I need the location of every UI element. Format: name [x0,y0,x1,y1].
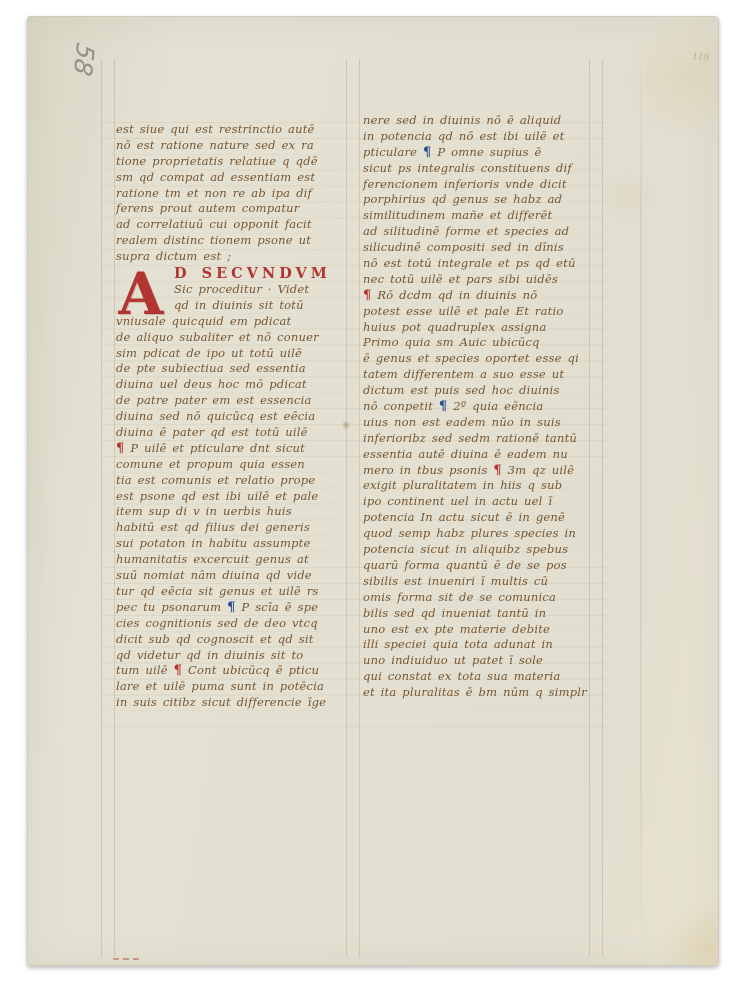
line-text: nere sed in diuinis nō ē aliquid [363,113,561,127]
line-text: potencia In actu sicut ē in genē [363,510,565,524]
text-line: uno indiuiduo ut patet ī sole [363,653,599,669]
line-text: Cont ubicūcq ē pticu [182,663,319,677]
text-line: mero in tbus psonis ¶ 3m qz uilē [363,463,599,479]
line-text: suū nomiat nām diuina qd vide [116,568,312,582]
text-line: item sup di v in uerbis huis [116,504,352,520]
line-text: bilis sed qd inueniat tantū in [363,606,546,620]
line-text: est psone qd est ibi uilē et pale [116,489,318,503]
text-line: tia est comunis et relatio prope [116,473,352,489]
line-text: P uilē et pticulare dnt sicut [124,441,304,455]
line-text: essentia autē diuina ē eadem nu [363,447,568,461]
text-line: ¶ P uilē et pticulare dnt sicut [116,441,352,457]
line-text: et ita pluralitas ē bm nūm q simplr [363,685,587,699]
line-text: comune et propum quia essen [116,457,305,471]
line-text: realem distinc tionem psone ut [116,233,311,247]
manuscript-leaf: 58 119 A est siue qui est restrinctio au… [27,16,719,966]
line-text: nec totū uilē et pars sibi uidēs [363,272,558,286]
line-text: sim pdicat de ipo ut totū uilē [116,346,302,360]
text-line: tur qd eēcia sit genus et uilē rs [116,584,352,600]
line-text: nō conpetit [363,399,439,413]
text-line: tatem differentem a suo esse ut [363,367,599,383]
rubric-text: D SECVNDVM [174,265,331,282]
line-text: ferens prout autem compatur [116,201,299,215]
line-text: vniusale quicquid em pdicat [116,314,291,328]
red-pilcrow-icon: ¶ [174,663,182,678]
text-line: Sic proceditur · Videt [116,282,352,298]
text-line: tione proprietatis relatiue q qdē [116,154,352,170]
line-text: de patre pater em est essencia [116,393,312,407]
line-text: sibilis est inueniri ī multis cū [363,574,548,588]
folio-number: 119 [692,52,710,63]
line-text: item sup di v in uerbis huis [116,504,292,518]
text-line: qd in diuinis sit totū [116,298,352,314]
text-line: huius pot quadruplex assigna [363,320,599,336]
text-line: potencia In actu sicut ē in genē [363,510,599,526]
photo-background: 58 119 A est siue qui est restrinctio au… [0,0,753,1000]
line-text: qui constat ex tota sua materia [363,669,560,683]
line-text: lare et uilē puma sunt in potēcia [116,679,324,693]
line-text: est siue qui est restrinctio autē [116,122,315,136]
text-line: potencia sicut in aliquibz spebus [363,542,599,558]
line-text: P omne supius ē [432,145,542,159]
line-text: uius non est eadem nūo in suis [363,415,561,429]
line-text: 2º quia eēncia [447,399,543,413]
line-text: supra dictum est ; [116,249,231,263]
line-text: in suis citibz sicut differencie īge [116,695,326,709]
text-line: nō est totū integrale et ps qd etū [363,256,599,272]
text-line: sui potaton in habitu assumpte [116,536,352,552]
line-text: ad correlatiuū cui opponit facit [116,217,312,231]
text-line: dicit sub qd cognoscit et qd sit [116,632,352,648]
text-line: qd videtur qd in diuinis sit to [116,648,352,664]
text-line: ¶ Rō dcdm qd in diuinis nō [363,288,599,304]
line-text: Primo quia sm Auic ubicūcq [363,335,540,349]
line-text: tum uilē [116,663,174,677]
text-line: illi speciei quia tota adunat in [363,637,599,653]
blue-pilcrow-icon: ¶ [227,600,235,615]
text-line: inferioribz sed sedm rationē tantū [363,431,599,447]
line-text: Sic proceditur · Videt [174,282,309,296]
text-line: potest esse uilē et pale Et ratio [363,304,599,320]
blue-pilcrow-icon: ¶ [423,145,431,160]
text-line: pec tu psonarum ¶ P scīa ē spe [116,600,352,616]
line-text: nō est ratione nature sed ex ra [116,138,314,152]
line-text: de aliquo subaliter et nō conuer [116,330,319,344]
text-line: quarū forma quantū ē de se pos [363,558,599,574]
line-text: potencia sicut in aliquibz spebus [363,542,568,556]
text-line: vniusale quicquid em pdicat [116,314,352,330]
line-text: humanitatis excercuit genus at [116,552,309,566]
line-text: dicit sub qd cognoscit et qd sit [116,632,314,646]
line-text: tia est comunis et relatio prope [116,473,315,487]
line-text: habitū est qd filius dei generis [116,520,310,534]
text-line: pticulare ¶ P omne supius ē [363,145,599,161]
text-line: de patre pater em est essencia [116,393,352,409]
line-text: silicudinē compositi sed in dīnis [363,240,564,254]
red-margin-mark [113,958,139,960]
line-text: ratione tm et non re ab ipa dif [116,186,312,200]
text-line: nec totū uilē et pars sibi uidēs [363,272,599,288]
text-line: ē genus et species oportet esse qi [363,351,599,367]
line-text: inferioribz sed sedm rationē tantū [363,431,577,445]
pencil-inscription: 58 [68,40,100,79]
text-line: est siue qui est restrinctio autē [116,122,352,138]
text-line: et ita pluralitas ē bm nūm q simplr [363,685,599,701]
line-text: uno indiuiduo ut patet ī sole [363,653,543,667]
line-text: tione proprietatis relatiue q qdē [116,154,318,168]
text-line: ferens prout autem compatur [116,201,352,217]
line-text: illi speciei quia tota adunat in [363,637,553,651]
text-line: porphirius qd genus se habz ad [363,192,599,208]
text-column-1: A est siue qui est restrinctio autēnō es… [116,122,352,711]
text-line: humanitatis excercuit genus at [116,552,352,568]
text-line: dictum est puis sed hoc diuinis [363,383,599,399]
line-text: diuina sed nō quicūcq est eēcia [116,409,315,423]
text-line: cies cognitionis sed de deo vtcq [116,616,352,632]
line-text: qd videtur qd in diuinis sit to [116,648,303,662]
text-line: ipo continent uel in actu uel ī [363,494,599,510]
text-line: bilis sed qd inueniat tantū in [363,606,599,622]
text-line: comune et propum quia essen [116,457,352,473]
text-line: nō est ratione nature sed ex ra [116,138,352,154]
text-line: habitū est qd filius dei generis [116,520,352,536]
line-text: diuina ē pater qd est totū uilē [116,425,308,439]
text-line: tum uilē ¶ Cont ubicūcq ē pticu [116,663,352,679]
text-line: uius non est eadem nūo in suis [363,415,599,431]
line-text: in potencia qd nō est ibi uilē et [363,129,564,143]
text-line: nere sed in diuinis nō ē aliquid [363,113,599,129]
text-line: similitudinem mañe et differēt [363,208,599,224]
line-text: ferencionem inferioris vnde dicit [363,177,567,191]
text-line: realem distinc tionem psone ut [116,233,352,249]
text-line: ferencionem inferioris vnde dicit [363,177,599,193]
text-line: sicut ps integralis constituens dif [363,161,599,177]
line-text: de pte subiectiua sed essentia [116,361,306,375]
text-line: suū nomiat nām diuina qd vide [116,568,352,584]
line-text: 3m qz uilē [502,463,574,477]
text-line: in potencia qd nō est ibi uilē et [363,129,599,145]
text-line: quod semp habz plures species in [363,526,599,542]
text-line: silicudinē compositi sed in dīnis [363,240,599,256]
line-text: sui potaton in habitu assumpte [116,536,311,550]
line-text: potest esse uilē et pale Et ratio [363,304,563,318]
rubric-heading: D SECVNDVM [116,265,352,282]
line-text: dictum est puis sed hoc diuinis [363,383,560,397]
text-line: qui constat ex tota sua materia [363,669,599,685]
line-text: omis forma sit de se comunica [363,590,556,604]
text-line: sm qd compat ad essentiam est [116,170,352,186]
text-line: omis forma sit de se comunica [363,590,599,606]
text-line: diuina ē pater qd est totū uilē [116,425,352,441]
line-text: qd in diuinis sit totū [174,298,304,312]
text-line: ad correlatiuū cui opponit facit [116,217,352,233]
line-text: sm qd compat ad essentiam est [116,170,315,184]
line-text: pec tu psonarum [116,600,227,614]
line-text: nō est totū integrale et ps qd etū [363,256,576,270]
line-text: mero in tbus psonis [363,463,493,477]
text-line: Primo quia sm Auic ubicūcq [363,335,599,351]
line-text: ad silitudinē forme et species ad [363,224,569,238]
text-column-2: nere sed in diuinis nō ē aliquidin poten… [363,113,599,701]
text-line: uno est ex pte materie debite [363,622,599,638]
red-pilcrow-icon: ¶ [493,463,501,478]
line-text: tur qd eēcia sit genus et uilē rs [116,584,319,598]
line-text: pticulare [363,145,423,159]
text-line: ad silitudinē forme et species ad [363,224,599,240]
text-line: essentia autē diuina ē eadem nu [363,447,599,463]
text-line: lare et uilē puma sunt in potēcia [116,679,352,695]
line-text: P scīa ē spe [236,600,319,614]
line-text: quod semp habz plures species in [363,526,576,540]
line-text: Rō dcdm qd in diuinis nō [371,288,537,302]
text-line: sibilis est inueniri ī multis cū [363,574,599,590]
text-line: nō conpetit ¶ 2º quia eēncia [363,399,599,415]
text-line: exigit pluralitatem in hiis q sub [363,478,599,494]
line-text: tatem differentem a suo esse ut [363,367,564,381]
text-line: supra dictum est ; [116,249,352,265]
text-line: in suis citibz sicut differencie īge [116,695,352,711]
line-text: cies cognitionis sed de deo vtcq [116,616,318,630]
line-text: exigit pluralitatem in hiis q sub [363,478,562,492]
parchment-crease [640,25,642,959]
text-line: de pte subiectiua sed essentia [116,361,352,377]
line-text: quarū forma quantū ē de se pos [363,558,567,572]
line-text: sicut ps integralis constituens dif [363,161,572,175]
line-text: uno est ex pte materie debite [363,622,550,636]
line-text: ipo continent uel in actu uel ī [363,494,552,508]
text-line: de aliquo subaliter et nō conuer [116,330,352,346]
text-line: ratione tm et non re ab ipa dif [116,186,352,202]
line-text: porphirius qd genus se habz ad [363,192,562,206]
line-text: similitudinem mañe et differēt [363,208,552,222]
text-line: sim pdicat de ipo ut totū uilē [116,346,352,362]
text-line: diuina uel deus hoc mō pdicat [116,377,352,393]
line-text: huius pot quadruplex assigna [363,320,546,334]
line-text: diuina uel deus hoc mō pdicat [116,377,307,391]
text-line: diuina sed nō quicūcq est eēcia [116,409,352,425]
line-text: ē genus et species oportet esse qi [363,351,579,365]
text-line: est psone qd est ibi uilē et pale [116,489,352,505]
